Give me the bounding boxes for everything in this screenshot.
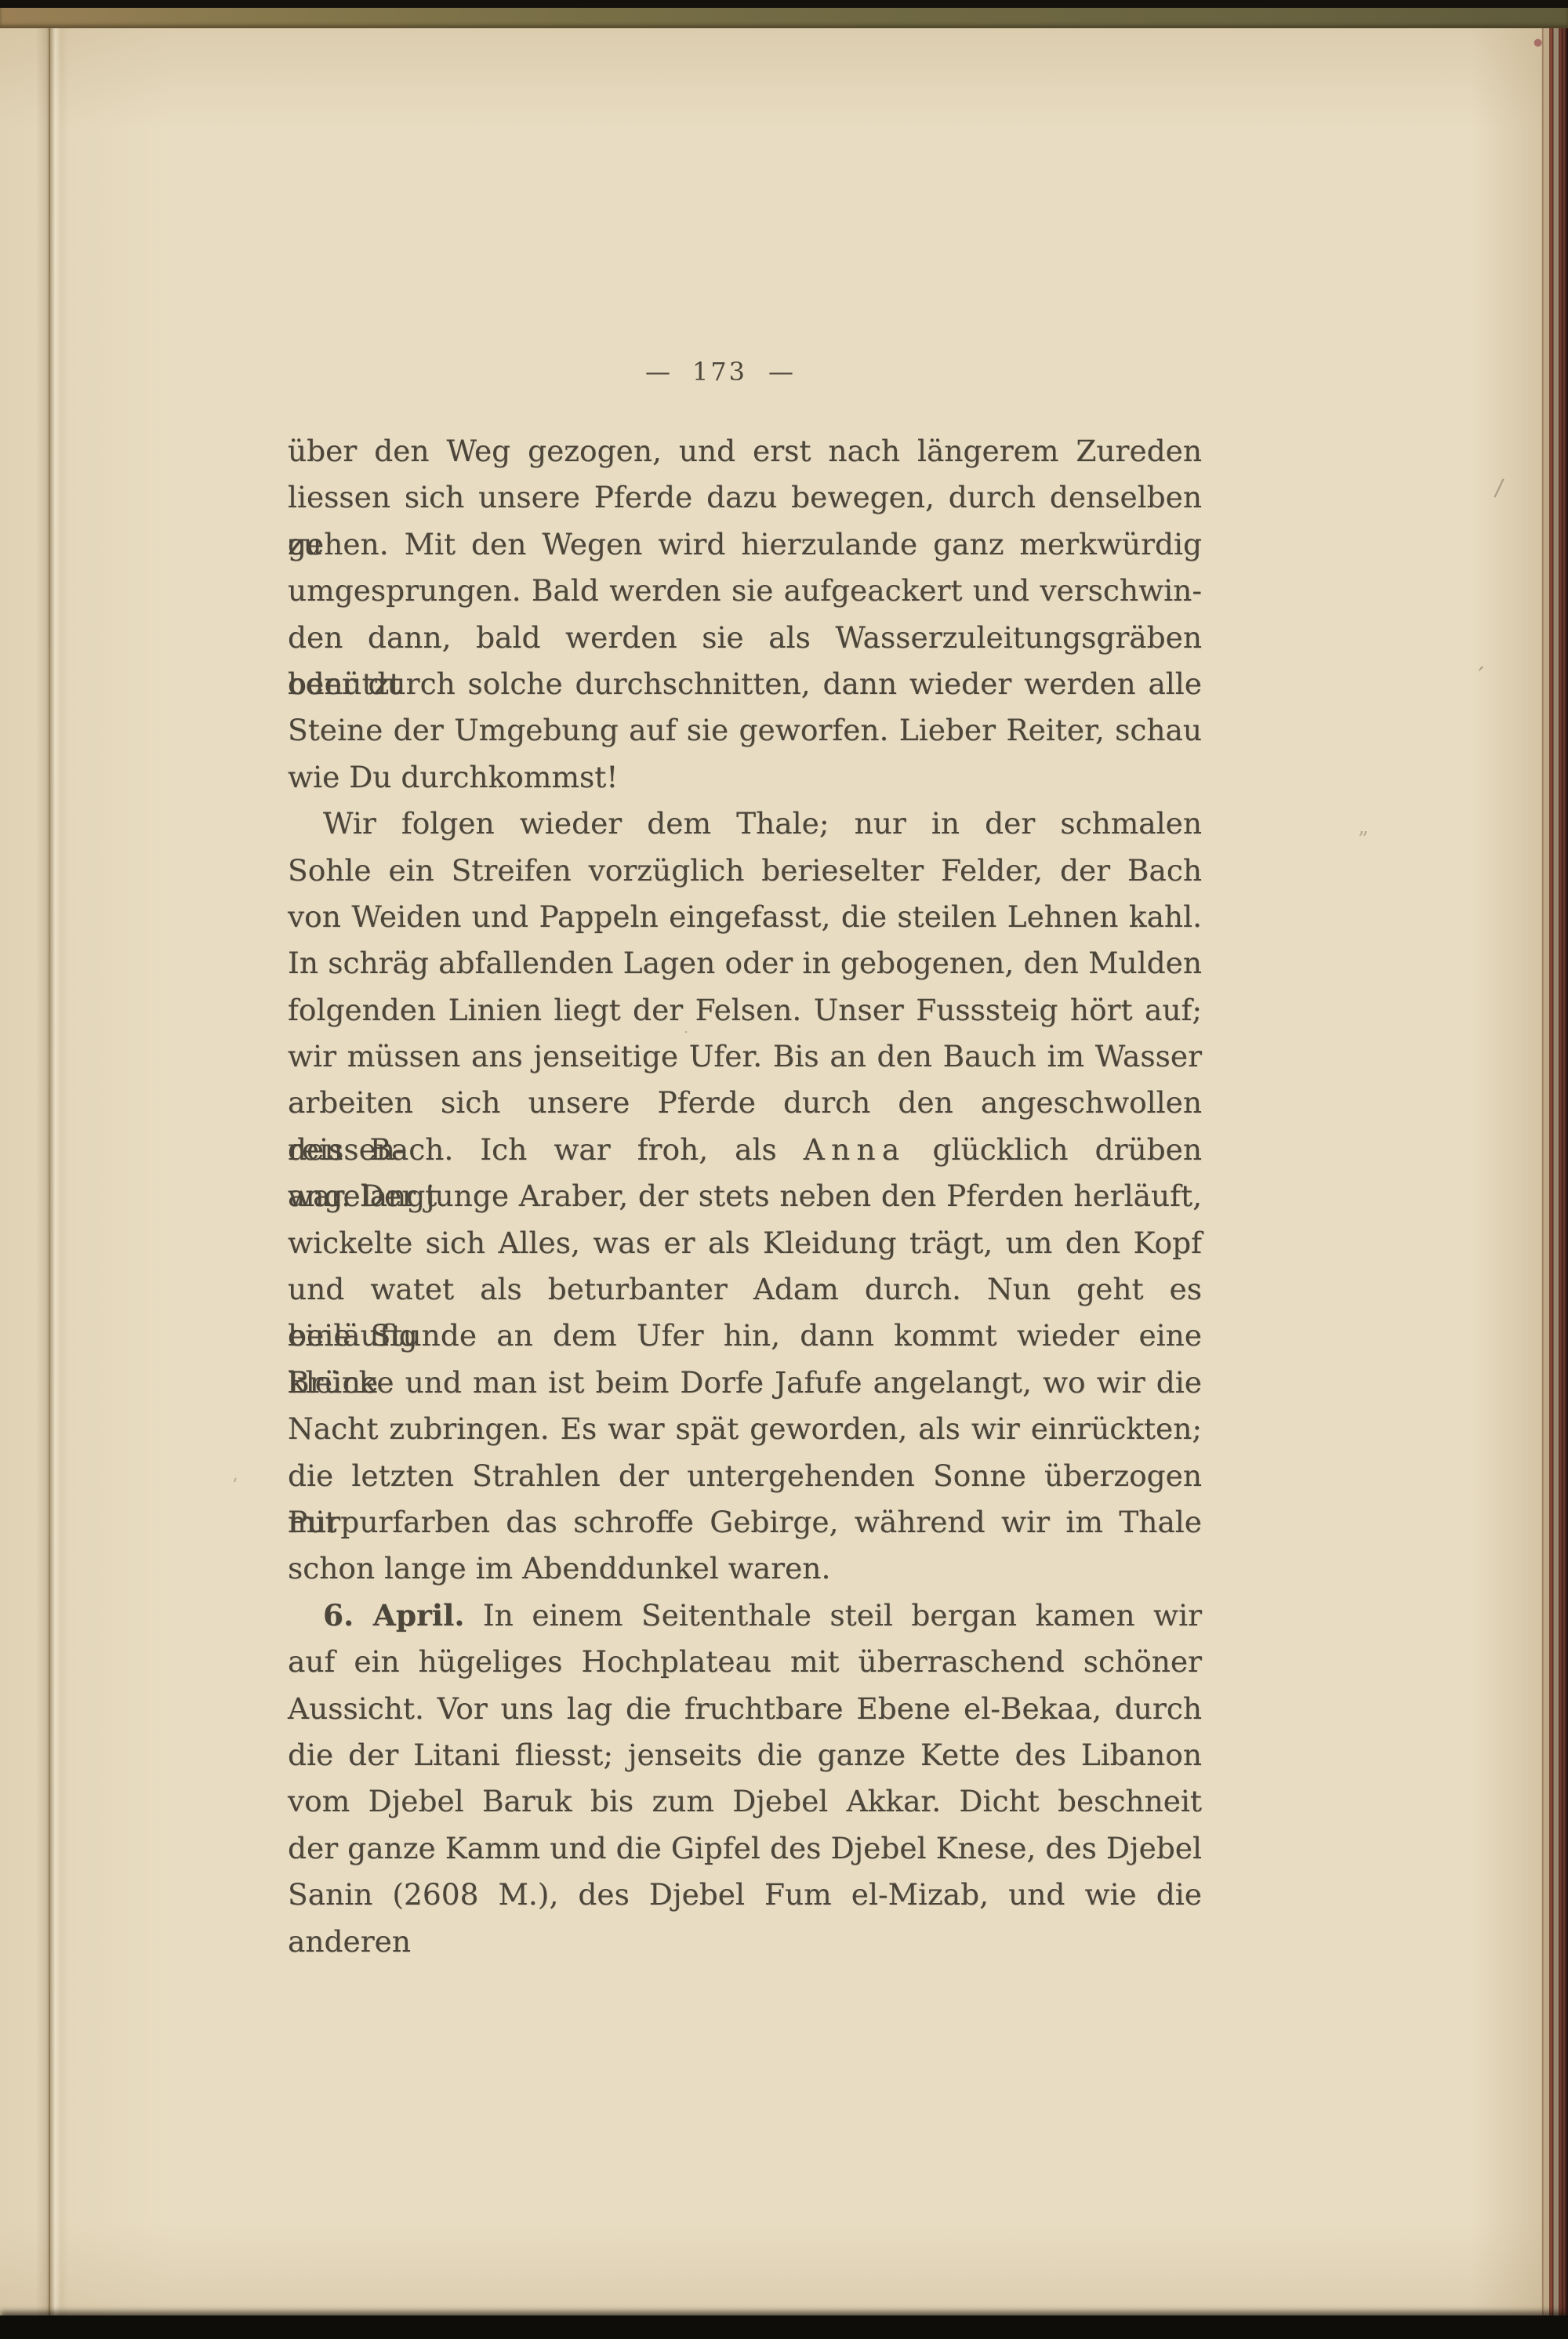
text-segment: In einem Seitenthale steil bergan kamen … bbox=[464, 1598, 1202, 1633]
text-segment-sperr: Anna bbox=[804, 1132, 906, 1167]
text-line: arbeiten sich unsere Pferde durch den an… bbox=[288, 1080, 1202, 1126]
text-line: über den Weg gezogen, und erst nach läng… bbox=[288, 428, 1202, 474]
text-line: gehen. Mit den Wegen wird hierzulande ga… bbox=[288, 521, 1202, 568]
page-fore-edges bbox=[1541, 28, 1568, 2315]
text-segment: Aussicht. Vor uns lag die fruchtbare Ebe… bbox=[288, 1691, 1202, 1726]
text-line: Sohle ein Streifen vorzüglich berieselte… bbox=[288, 848, 1202, 894]
text-line: wie Du durchkommst! bbox=[288, 754, 1202, 801]
text-line: den Bach. Ich war froh, als Anna glückli… bbox=[288, 1127, 1202, 1173]
text-line: Brücke und man ist beim Dorfe Jafufe ang… bbox=[288, 1360, 1202, 1406]
text-line: Nacht zubringen. Es war spät geworden, a… bbox=[288, 1406, 1202, 1452]
text-line: von Weiden und Pappeln eingefasst, die s… bbox=[288, 894, 1202, 940]
page: —173— über den Weg gezogen, und erst nac… bbox=[0, 28, 1541, 2315]
text-line: umgesprungen. Bald werden sie aufgeacker… bbox=[288, 568, 1202, 614]
text-line: auf ein hügeliges Hochplateau mit überra… bbox=[288, 1639, 1202, 1685]
text-segment: wir müssen ans jenseitige Ufer. Bis an d… bbox=[288, 1039, 1202, 1073]
paragraph: 6. April. In einem Seitenthale steil ber… bbox=[288, 1593, 1202, 1919]
text-line: den dann, bald werden sie als Wasserzule… bbox=[288, 615, 1202, 661]
text-segment: oder durch solche durchschnitten, dann w… bbox=[288, 666, 1202, 701]
text-segment: Wir folgen wieder dem Thale; nur in der … bbox=[323, 806, 1202, 841]
text-segment: gehen. Mit den Wegen wird hierzulande ga… bbox=[288, 527, 1202, 561]
header-dash-right: — bbox=[768, 357, 794, 387]
text-segment: In schräg abfallenden Lagen oder in gebo… bbox=[288, 946, 1202, 980]
text-segment: war. Der junge Araber, der stets neben d… bbox=[288, 1179, 1202, 1213]
text-line: Wir folgen wieder dem Thale; nur in der … bbox=[288, 801, 1202, 847]
text-segment: über den Weg gezogen, und erst nach läng… bbox=[288, 434, 1202, 468]
text-segment: Sohle ein Streifen vorzüglich berieselte… bbox=[288, 853, 1202, 888]
page-number: 173 bbox=[692, 357, 747, 387]
text-line: schon lange im Abenddunkel waren. bbox=[288, 1545, 1202, 1592]
book-photo: —173— über den Weg gezogen, und erst nac… bbox=[0, 0, 1568, 2339]
text-line: wir müssen ans jenseitige Ufer. Bis an d… bbox=[288, 1033, 1202, 1080]
page-text-block: über den Weg gezogen, und erst nach läng… bbox=[288, 428, 1202, 1919]
text-segment: von Weiden und Pappeln eingefasst, die s… bbox=[288, 899, 1202, 934]
text-line: Sanin (2608 M.), des Djebel Fum el-Mizab… bbox=[288, 1872, 1202, 1918]
text-line: Aussicht. Vor uns lag die fruchtbare Ebe… bbox=[288, 1686, 1202, 1732]
text-line: Steine der Umgebung auf sie geworfen. Li… bbox=[288, 707, 1202, 754]
text-line: In schräg abfallenden Lagen oder in gebo… bbox=[288, 940, 1202, 986]
text-segment: der ganze Kamm und die Gipfel des Djebel… bbox=[288, 1831, 1202, 1865]
text-segment-bold: 6. April. bbox=[323, 1598, 464, 1633]
text-line: und watet als beturbanter Adam durch. Nu… bbox=[288, 1266, 1202, 1313]
text-line: eine Stunde an dem Ufer hin, dann kommt … bbox=[288, 1313, 1202, 1359]
text-segment: Sanin (2608 M.), des Djebel Fum el-Mizab… bbox=[288, 1877, 1202, 1958]
text-segment: wickelte sich Alles, was er als Kleidung… bbox=[288, 1226, 1202, 1260]
gutter-crease-line bbox=[49, 28, 50, 2315]
text-line: war. Der junge Araber, der stets neben d… bbox=[288, 1173, 1202, 1219]
text-line: die der Litani fliesst; jenseits die gan… bbox=[288, 1732, 1202, 1778]
text-segment: folgenden Linien liegt der Felsen. Unser… bbox=[288, 993, 1202, 1027]
text-line: 6. April. In einem Seitenthale steil ber… bbox=[288, 1593, 1202, 1639]
text-segment: die der Litani fliesst; jenseits die gan… bbox=[288, 1738, 1202, 1772]
text-segment: umgesprungen. Bald werden sie aufgeacker… bbox=[288, 573, 1202, 608]
text-segment: Brücke und man ist beim Dorfe Jafufe ang… bbox=[288, 1365, 1202, 1400]
text-segment: Purpurfarben das schroffe Gebirge, währe… bbox=[288, 1505, 1202, 1539]
text-line: die letzten Strahlen der untergehenden S… bbox=[288, 1453, 1202, 1499]
gutter-crease-shade bbox=[36, 28, 69, 2315]
text-segment: Steine der Umgebung auf sie geworfen. Li… bbox=[288, 713, 1202, 747]
paragraph: über den Weg gezogen, und erst nach läng… bbox=[288, 428, 1202, 801]
paragraph: Wir folgen wieder dem Thale; nur in der … bbox=[288, 801, 1202, 1593]
text-line: folgenden Linien liegt der Felsen. Unser… bbox=[288, 987, 1202, 1033]
text-segment: den Bach. Ich war froh, als bbox=[288, 1132, 804, 1167]
text-segment: vom Djebel Baruk bis zum Djebel Akkar. D… bbox=[288, 1784, 1202, 1818]
text-line: Purpurfarben das schroffe Gebirge, währe… bbox=[288, 1499, 1202, 1545]
page-number-header: —173— bbox=[288, 355, 1202, 388]
text-segment: auf ein hügeliges Hochplateau mit überra… bbox=[288, 1644, 1202, 1679]
text-segment: Nacht zubringen. Es war spät geworden, a… bbox=[288, 1411, 1202, 1446]
cover-bottom-edge bbox=[0, 2315, 1568, 2339]
cover-top-edge bbox=[0, 8, 1568, 28]
text-line: der ganze Kamm und die Gipfel des Djebel… bbox=[288, 1825, 1202, 1872]
text-segment: wie Du durchkommst! bbox=[288, 760, 618, 794]
text-line: liessen sich unsere Pferde dazu bewegen,… bbox=[288, 474, 1202, 521]
text-line: wickelte sich Alles, was er als Kleidung… bbox=[288, 1220, 1202, 1266]
text-line: vom Djebel Baruk bis zum Djebel Akkar. D… bbox=[288, 1778, 1202, 1825]
header-dash-left: — bbox=[645, 357, 671, 387]
text-line: oder durch solche durchschnitten, dann w… bbox=[288, 661, 1202, 707]
text-segment: schon lange im Abenddunkel waren. bbox=[288, 1551, 830, 1585]
